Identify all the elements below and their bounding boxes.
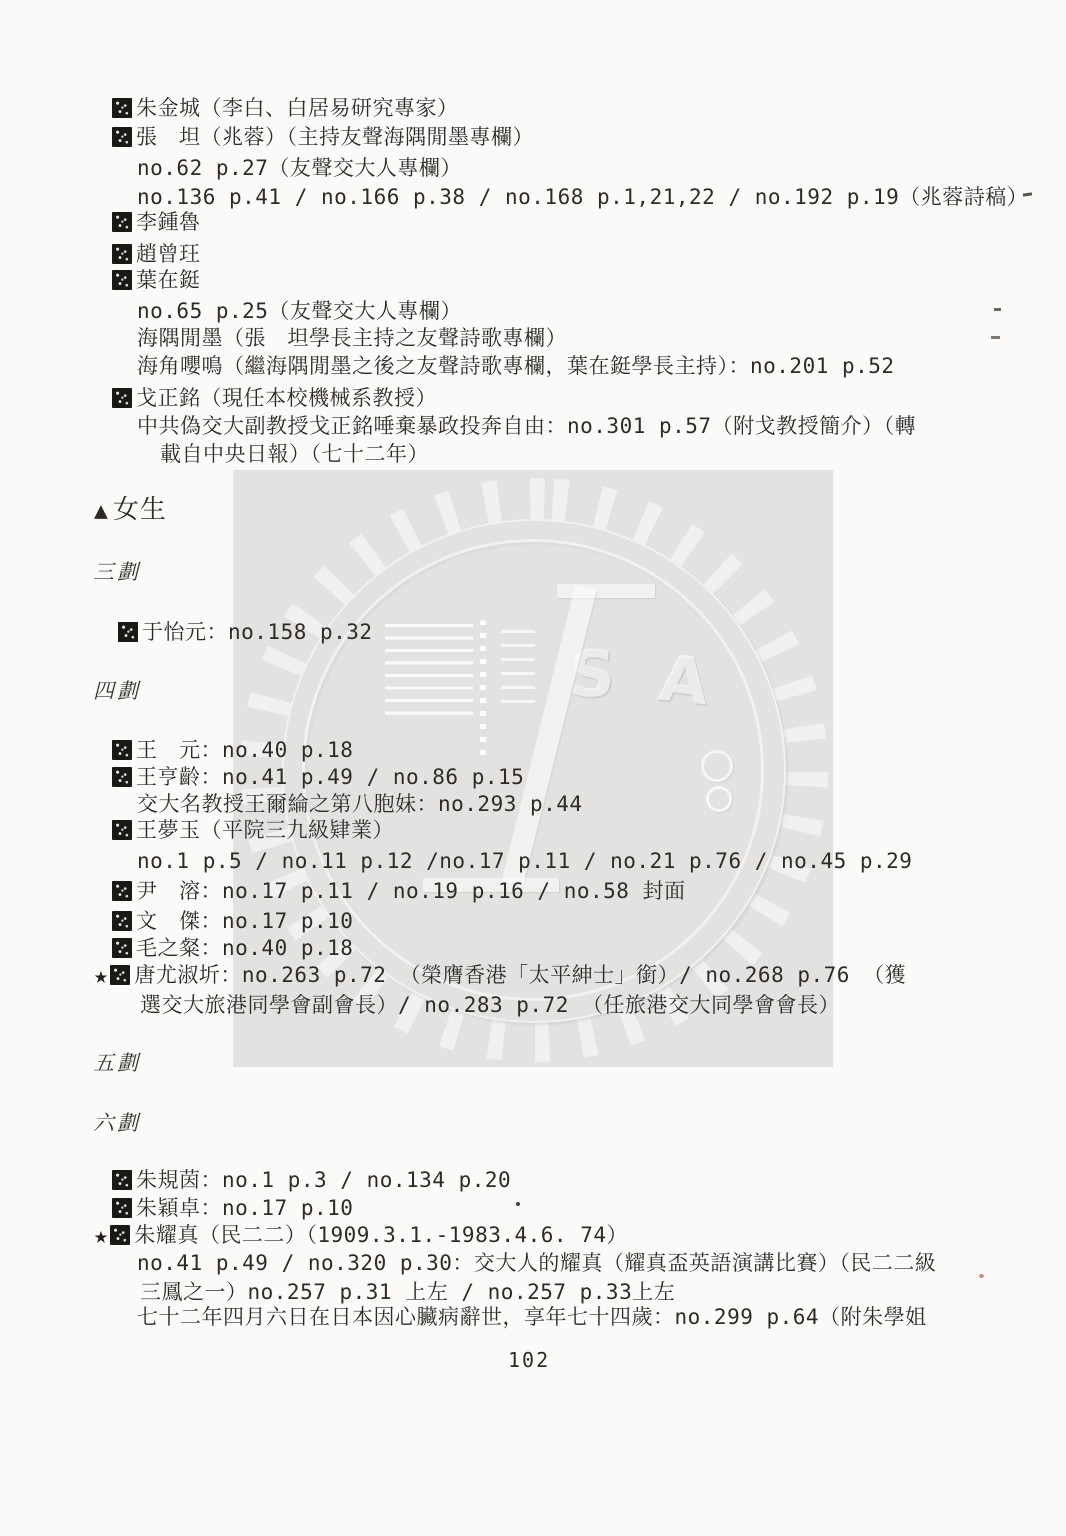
emblem-small-circle-icon	[701, 750, 733, 782]
seal-stamp-icon	[112, 938, 132, 958]
index-continuation-line: 載自中央日報）（七十二年）	[160, 442, 429, 466]
entry-text: no.41 p.49 / no.320 p.30：交大人的耀真（耀真盃英語演講比…	[137, 1251, 936, 1275]
stroke-count-heading-three: 三劃	[93, 560, 141, 584]
entry-text: 交大名教授王爾綸之第八胞妹：no.293 p.44	[137, 792, 583, 816]
index-entry-line: 趙曾玨	[112, 242, 201, 266]
page-number: 102	[508, 1348, 550, 1372]
entry-text: no.136 p.41 / no.166 p.38 / no.168 p.1,2…	[137, 185, 1028, 209]
index-continuation-line: 三鳳之一）no.257 p.31 上左 / no.257 p.33上左	[140, 1280, 675, 1304]
entry-text: 選交大旅港同學會副會長）/ no.283 p.72 （任旅港交大同學會會長）	[140, 993, 840, 1017]
entry-text: 唐尤淑圻：no.263 p.72 （榮膺香港「太平紳士」銜）/ no.268 p…	[134, 963, 906, 987]
index-continuation-line: no.41 p.49 / no.320 p.30：交大人的耀真（耀真盃英語演講比…	[137, 1251, 936, 1275]
stroke-count-heading-five: 五劃	[93, 1051, 141, 1075]
emblem-small-circle-icon	[706, 786, 732, 812]
seal-stamp-icon	[112, 270, 132, 290]
seal-stamp-icon	[112, 1198, 132, 1218]
seal-stamp-icon	[112, 740, 132, 760]
index-continuation-line: no.62 p.27（友聲交大人專欄）	[137, 156, 462, 180]
entry-text: 趙曾玨	[136, 242, 201, 266]
index-entry-line-starred: ★朱耀真（民二二）（1909.3.1.-1983.4.6. 74）	[94, 1223, 628, 1248]
entry-text: 朱規茵：no.1 p.3 / no.134 p.20	[136, 1168, 511, 1192]
index-entry-line: 王 元：no.40 p.18	[112, 738, 353, 762]
heading-text: 六劃	[93, 1111, 141, 1135]
index-entry-line: 朱規茵：no.1 p.3 / no.134 p.20	[112, 1168, 511, 1192]
scanned-index-page: S A 朱金城（李白、白居易研究專家） 張 坦（兆蓉）（主持友聲海隅閒墨專欄） …	[0, 0, 1066, 1536]
scan-speck	[994, 308, 1001, 311]
seal-stamp-icon	[112, 212, 132, 232]
index-continuation-line: no.136 p.41 / no.166 p.38 / no.168 p.1,2…	[137, 185, 1028, 209]
triangle-marker-icon: ▲	[94, 498, 109, 524]
scan-speck	[979, 1274, 984, 1278]
index-entry-line: 戈正銘（現任本校機械系教授）	[112, 386, 437, 410]
entry-text: 載自中央日報）（七十二年）	[160, 442, 429, 466]
entry-text: 三鳳之一）no.257 p.31 上左 / no.257 p.33上左	[140, 1280, 675, 1304]
entry-text: no.65 p.25（友聲交大人專欄）	[137, 299, 462, 323]
horizontal-lines-motif-icon	[385, 624, 473, 722]
index-entry-line: 葉在鋌	[112, 268, 201, 292]
index-continuation-line: 七十二年四月六日在日本因心臟病辭世，享年七十四歲：no.299 p.64（附朱學…	[137, 1305, 927, 1329]
index-entry-line: 朱穎卓：no.17 p.10	[112, 1196, 353, 1220]
seal-stamp-icon	[110, 965, 130, 985]
entry-text: 朱穎卓：no.17 p.10	[136, 1196, 353, 1220]
index-entry-line: 朱金城（李白、白居易研究專家）	[112, 96, 459, 120]
index-continuation-line: 海角嚶鳴（繼海隅閒墨之後之友聲詩歌專欄，葉在鋌學長主持）：no.201 p.52	[137, 354, 895, 378]
seal-stamp-icon	[112, 767, 132, 787]
star-icon: ★	[94, 1223, 108, 1249]
stroke-count-heading-four: 四劃	[93, 679, 141, 703]
star-icon: ★	[94, 963, 108, 989]
heading-text: 三劃	[93, 560, 141, 584]
index-entry-line: 王夢玉（平院三九級肄業）	[112, 818, 394, 842]
index-entry-line-starred: ★唐尤淑圻：no.263 p.72 （榮膺香港「太平紳士」銜）/ no.268 …	[94, 963, 906, 988]
scan-speck	[991, 336, 1000, 339]
scan-speck	[1023, 192, 1032, 196]
seal-stamp-icon	[112, 388, 132, 408]
entry-text: 于怡元：no.158 p.32	[142, 620, 373, 644]
entry-text: 朱耀真（民二二）（1909.3.1.-1983.4.6. 74）	[134, 1223, 628, 1247]
index-continuation-line: 中共偽交大副教授戈正銘唾棄暴政投奔自由：no.301 p.57（附戈教授簡介）（…	[137, 414, 916, 438]
seal-stamp-icon	[112, 244, 132, 264]
entry-text: 王夢玉（平院三九級肄業）	[136, 818, 394, 842]
stroke-count-heading-six: 六劃	[93, 1111, 141, 1135]
index-entry-line: 尹 溶：no.17 p.11 / no.19 p.16 / no.58 封面	[112, 879, 686, 903]
section-heading-female: ▲女生	[94, 498, 167, 523]
entry-text: no.62 p.27（友聲交大人專欄）	[137, 156, 462, 180]
index-continuation-line: no.65 p.25（友聲交大人專欄）	[137, 299, 462, 323]
seal-stamp-icon	[112, 98, 132, 118]
entry-text: 戈正銘（現任本校機械系教授）	[136, 386, 437, 410]
entry-text: 朱金城（李白、白居易研究專家）	[136, 96, 459, 120]
entry-text: 尹 溶：no.17 p.11 / no.19 p.16 / no.58 封面	[136, 879, 686, 903]
seal-stamp-icon	[112, 881, 132, 901]
dotted-column-motif-icon	[480, 620, 486, 760]
index-continuation-line: 選交大旅港同學會副會長）/ no.283 p.72 （任旅港交大同學會會長）	[140, 993, 840, 1017]
entry-text: 七十二年四月六日在日本因心臟病辭世，享年七十四歲：no.299 p.64（附朱學…	[137, 1305, 927, 1329]
index-continuation-line: 海隅閒墨（張 坦學長主持之友聲詩歌專欄）	[137, 326, 567, 350]
heading-text: 五劃	[93, 1051, 141, 1075]
seal-stamp-icon	[112, 1170, 132, 1190]
seal-stamp-icon	[112, 820, 132, 840]
entry-text: 王 元：no.40 p.18	[136, 738, 353, 762]
entry-text: 毛之粲：no.40 p.18	[136, 936, 353, 960]
index-continuation-line: 交大名教授王爾綸之第八胞妹：no.293 p.44	[137, 792, 583, 816]
seal-stamp-icon	[112, 911, 132, 931]
entry-text: 中共偽交大副教授戈正銘唾棄暴政投奔自由：no.301 p.57（附戈教授簡介）（…	[137, 414, 916, 438]
index-continuation-line: no.1 p.5 / no.11 p.12 /no.17 p.11 / no.2…	[137, 849, 912, 873]
heading-text: 四劃	[93, 679, 141, 703]
index-entry-line: 張 坦（兆蓉）（主持友聲海隅閒墨專欄）	[112, 125, 534, 149]
section-title-text: 女生	[113, 495, 167, 525]
entry-text: 海角嚶鳴（繼海隅閒墨之後之友聲詩歌專欄，葉在鋌學長主持）：no.201 p.52	[137, 354, 895, 378]
index-entry-line: 王亨齡：no.41 p.49 / no.86 p.15	[112, 765, 524, 789]
entry-text: 李鍾魯	[136, 210, 201, 234]
index-entry-line: 毛之粲：no.40 p.18	[112, 936, 353, 960]
short-lines-motif-icon	[501, 630, 535, 708]
entry-text: 張 坦（兆蓉）（主持友聲海隅閒墨專欄）	[136, 125, 534, 149]
scan-speck	[516, 1202, 520, 1206]
entry-text: 王亨齡：no.41 p.49 / no.86 p.15	[136, 765, 524, 789]
seal-stamp-icon	[110, 1225, 130, 1245]
index-entry-line: 于怡元：no.158 p.32	[118, 620, 373, 644]
entry-text: no.1 p.5 / no.11 p.12 /no.17 p.11 / no.2…	[137, 849, 912, 873]
entry-text: 文 傑：no.17 p.10	[136, 909, 353, 933]
seal-stamp-icon	[118, 622, 138, 642]
entry-text: 海隅閒墨（張 坦學長主持之友聲詩歌專欄）	[137, 326, 567, 350]
index-entry-line: 文 傑：no.17 p.10	[112, 909, 353, 933]
watermark-letter-a: A	[655, 642, 712, 721]
index-entry-line: 李鍾魯	[112, 210, 201, 234]
entry-text: 葉在鋌	[136, 268, 201, 292]
seal-stamp-icon	[112, 127, 132, 147]
